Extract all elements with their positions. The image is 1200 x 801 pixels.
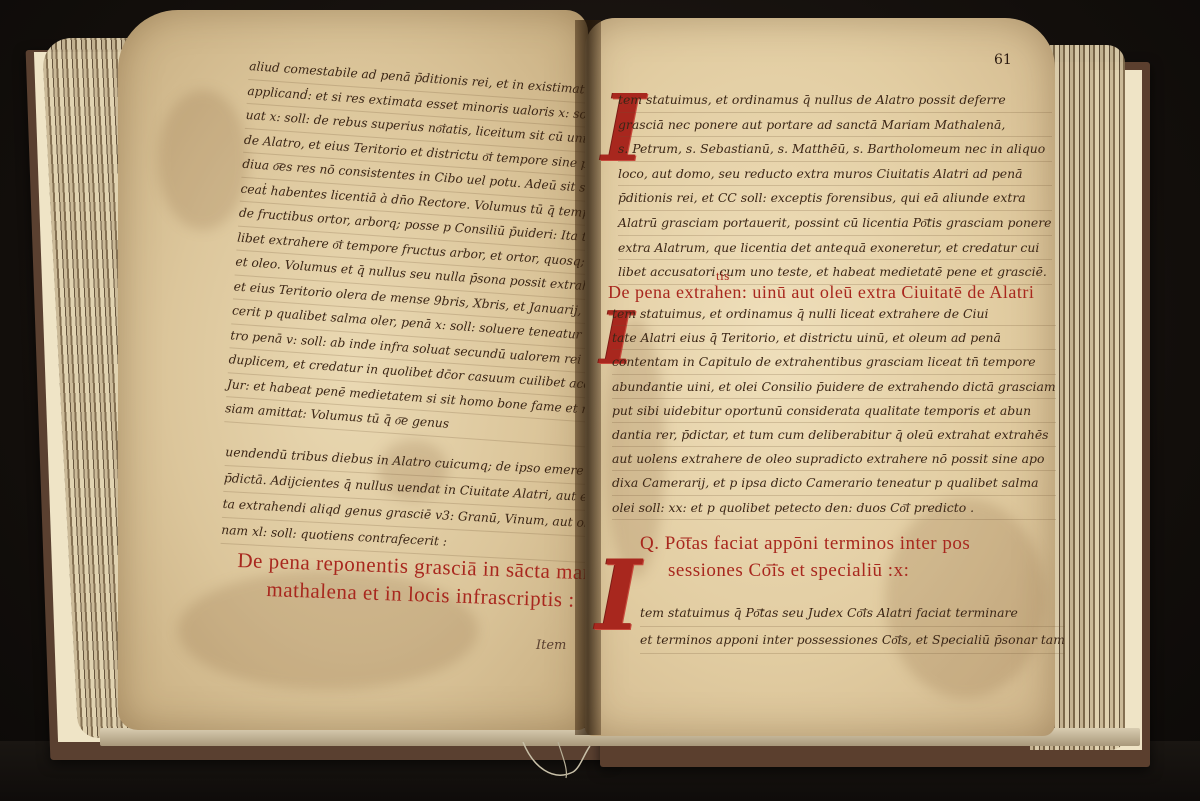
foxing-stain [158, 90, 248, 230]
right-page-block-3: tem statuimus q̄ Po͞tas seu Judex Co͞is … [640, 600, 1065, 654]
catchword: Item [536, 638, 566, 653]
rubric-line: sessiones Co͞is et specialiū :x: [640, 557, 970, 584]
manuscript-line: put sibi uidebitur oportunū considerata … [612, 399, 1056, 423]
manuscript-line: dantia rer, p̄dictar, et tum cum deliber… [612, 423, 1056, 447]
right-page-block-2: tem statuimus, et ordinamus q̄ nulli lic… [612, 302, 1056, 520]
manuscript-line: s. Petrum, s. Sebastianū, s. Matthēū, s.… [618, 137, 1052, 162]
page-number: 61 [994, 52, 1012, 68]
foxing-stain [885, 498, 1045, 698]
manuscript-line: extra Alatrum, que licentia det antequā … [618, 236, 1052, 261]
decorated-initial-i: I [596, 548, 641, 644]
manuscript-line: dixa Camerarij, et p ipsa dicto Camerari… [612, 471, 1056, 495]
manuscript-line: loco, aut domo, seu reducto extra muros … [618, 162, 1052, 187]
rubric-superscript: tis [716, 262, 730, 290]
manuscript-line: olei soll: xx: et p quolibet petecto den… [612, 496, 1056, 520]
manuscript-line: et terminos apponi inter possessiones Co… [640, 627, 1065, 654]
manuscript-line: contentam in Capitulo de extrahentibus g… [612, 350, 1056, 374]
right-page-block-1: tem statuimus, et ordinamus q̄ nullus de… [618, 88, 1052, 285]
manuscript-line: abundantie uini, et olei Consilio p̄uide… [612, 375, 1056, 399]
manuscript-line: tem statuimus, et ordinamus q̄ nullus de… [618, 88, 1052, 113]
manuscript-line: grasciā nec ponere aut portare ad sanctā… [618, 113, 1052, 138]
rubric-line: De pena extrahen: uinū aut oleū extra Ci… [608, 282, 1034, 302]
rubric-line: Q. Po͞tas faciat appōni terminos inter p… [640, 530, 970, 557]
manuscript-line: tem statuimus, et ordinamus q̄ nulli lic… [612, 302, 1056, 326]
manuscript-line: tate Alatri eius q̄ Teritorio, et distri… [612, 326, 1056, 350]
bookmark-string [518, 742, 598, 782]
right-rubric-heading-2: Q. Po͞tas faciat appōni terminos inter p… [640, 530, 970, 584]
manuscript-line: p̄ditionis rei, et CC soll: exceptis for… [618, 186, 1052, 211]
manuscript-line: Alatrū grasciam portauerit, possint cū l… [618, 211, 1052, 236]
manuscript-line: tem statuimus q̄ Po͞tas seu Judex Co͞is … [640, 600, 1065, 627]
manuscript-line: aut uolens extrahere de oleo supradicto … [612, 447, 1056, 471]
